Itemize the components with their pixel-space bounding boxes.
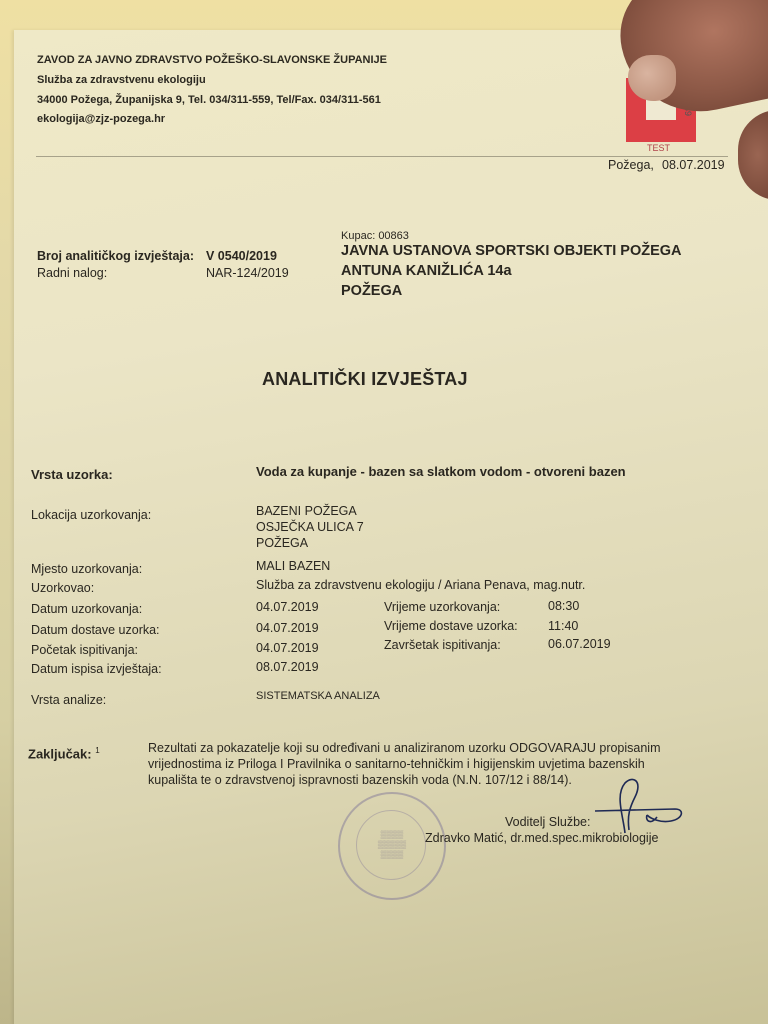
report-date: 08.07.2019	[662, 158, 725, 172]
date-value: 04.07.2019	[256, 600, 319, 614]
customer-name: JAVNA USTANOVA SPORTSKI OBJEKTI POŽEGA	[341, 243, 682, 259]
time-label: Završetak ispitivanja:	[384, 638, 501, 652]
customer-code-value: 00863	[378, 230, 409, 242]
institution-name: ZAVOD ZA JAVNO ZDRAVSTVO POŽEŠKO-SLAVONS…	[37, 52, 387, 69]
place-label: Požega,	[608, 158, 654, 172]
logo-label: TEST	[647, 143, 670, 153]
customer-code-label: Kupac:	[341, 230, 375, 242]
time-value: 06.07.2019	[548, 637, 611, 651]
department-name: Služba za zdravstvenu ekologiju	[37, 72, 206, 89]
analysis-value: SISTEMATSKA ANALIZA	[256, 690, 380, 702]
time-label: Vrijeme dostave uzorka:	[384, 619, 518, 633]
date-value: 04.07.2019	[256, 641, 319, 655]
date-label: Datum ispisa izvještaja:	[31, 662, 162, 676]
official-stamp: ▒▒▒▒▒▒▒▒▒▒▒▒▒	[338, 792, 446, 900]
conclusion-line-1: Rezultati za pokazatelje koji su određiv…	[148, 741, 661, 755]
location-line-3: POŽEGA	[256, 536, 308, 550]
location-label: Lokacija uzorkovanja:	[31, 508, 151, 522]
fingernail	[628, 55, 676, 101]
signature-icon	[585, 775, 695, 835]
customer-city: POŽEGA	[341, 283, 402, 299]
time-value: 08:30	[548, 599, 579, 613]
analysis-label: Vrsta analize:	[31, 693, 106, 707]
date-label: Početak ispitivanja:	[31, 643, 138, 657]
footnote-marker: 1	[95, 746, 99, 755]
spot-value: MALI BAZEN	[256, 559, 330, 573]
conclusion-label: Zaključak: 1	[28, 746, 100, 761]
time-label: Vrijeme uzorkovanja:	[384, 600, 500, 614]
sampler-value: Služba za zdravstvenu ekologiju / Ariana…	[256, 578, 585, 592]
institution-email: ekologija@zjz-pozega.hr	[37, 111, 165, 128]
customer-street: ANTUNA KANIŽLIĆA 14a	[341, 263, 512, 279]
conclusion-line-3: kupališta te o zdravstvenoj ispravnosti …	[148, 773, 572, 787]
report-number: V 0540/2019	[206, 249, 277, 263]
report-number-label: Broj analitičkog izvještaja:	[37, 249, 194, 263]
institution-address: 34000 Požega, Županijska 9, Tel. 034/311…	[37, 92, 381, 109]
conclusion-line-2: vrijednostima iz Priloga I Pravilnika o …	[148, 757, 645, 771]
location-line-1: BAZENI POŽEGA	[256, 504, 357, 518]
time-value: 11:40	[548, 619, 578, 633]
spot-label: Mjesto uzorkovanja:	[31, 562, 142, 576]
sample-type-label: Vrsta uzorka:	[31, 467, 113, 482]
date-label: Datum uzorkovanja:	[31, 602, 142, 616]
page-title: ANALITIČKI IZVJEŠTAJ	[262, 369, 468, 390]
signature-role: Voditelj Službe:	[505, 815, 590, 829]
date-value: 04.07.2019	[256, 621, 319, 635]
customer-code: Kupac: 00863	[341, 230, 409, 242]
header-divider	[36, 156, 728, 157]
location-line-2: OSJEČKA ULICA 7	[256, 520, 364, 534]
date-value: 08.07.2019	[256, 660, 319, 674]
work-order: NAR-124/2019	[206, 266, 289, 280]
signature-name: Zdravko Matić, dr.med.spec.mikrobiologij…	[425, 831, 658, 845]
sample-type: Voda za kupanje - bazen sa slatkom vodom…	[256, 464, 626, 479]
conclusion-label-text: Zaključak:	[28, 746, 92, 761]
date-label: Datum dostave uzorka:	[31, 623, 160, 637]
sampler-label: Uzorkovao:	[31, 581, 94, 595]
work-order-label: Radni nalog:	[37, 266, 107, 280]
